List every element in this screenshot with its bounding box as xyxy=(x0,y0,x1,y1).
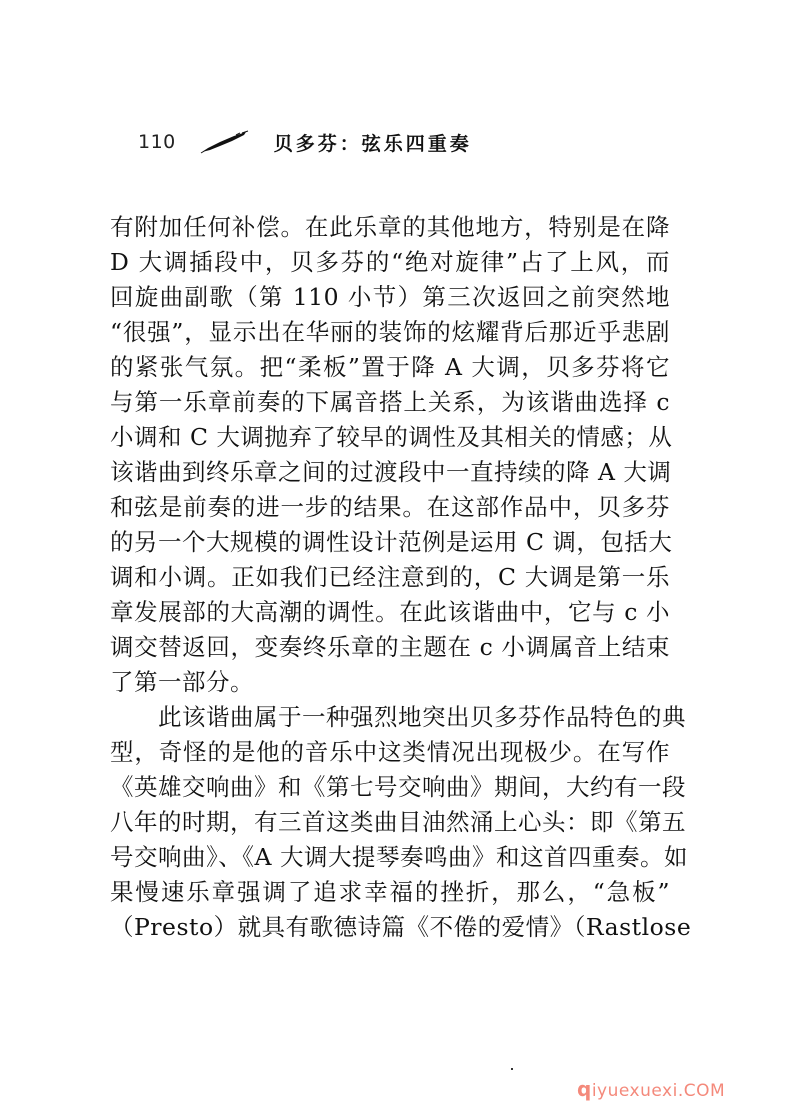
scan-speck xyxy=(511,1068,513,1070)
text-line: 小调和 C 大调抛弃了较早的调性及其相关的情感；从 xyxy=(110,420,670,455)
text-line: 号交响曲》、《A 大调大提琴奏鸣曲》和这首四重奏。如 xyxy=(110,840,670,875)
text-line: 的紧张气氛。把“柔板”置于降 A 大调，贝多芬将它 xyxy=(110,350,670,385)
text-line: （Presto）就具有歌德诗篇《不倦的爱情》（Rastlose xyxy=(110,910,670,945)
text-line: 果慢速乐章强调了追求幸福的挫折，那么，“急板” xyxy=(110,875,670,910)
text-line: 章发展部的大高潮的调性。在此该谐曲中，它与 c 小 xyxy=(110,595,670,630)
text-line: 调和小调。正如我们已经注意到的，C 大调是第一乐 xyxy=(110,560,670,595)
paragraph-start-line: 此该谐曲属于一种强烈地突出贝多芬作品特色的典 xyxy=(110,700,670,735)
text-line: “很强”，显示出在华丽的装饰的炫耀背后那近乎悲剧 xyxy=(110,315,670,350)
watermark-q: q xyxy=(577,1077,592,1101)
text-line: 调交替返回，变奏终乐章的主题在 c 小调属音上结束 xyxy=(110,630,670,665)
running-header: 110 贝多芬：弦乐四重奏 xyxy=(138,127,472,157)
text-line: 与第一乐章前奏的下属音搭上关系，为该谐曲选择 c xyxy=(110,385,670,420)
text-line: 有附加任何补偿。在此乐章的其他地方，特别是在降 xyxy=(110,210,670,245)
page-number: 110 xyxy=(138,131,176,153)
watermark-text: iyuexuexi.COM xyxy=(592,1081,725,1101)
text-line: 的另一个大规模的调性设计范例是运用 C 调，包括大 xyxy=(110,525,670,560)
text-line: 《英雄交响曲》和《第七号交响曲》期间，大约有一段 xyxy=(110,770,670,805)
watermark: qiyuexuexi.COM xyxy=(577,1077,725,1101)
text-line: D 大调插段中，贝多芬的“绝对旋律”占了上风，而 xyxy=(110,245,670,280)
text-line: 型，奇怪的是他的音乐中这类情况出现极少。在写作 xyxy=(110,735,670,770)
text-line: 该谐曲到终乐章之间的过渡段中一直持续的降 A 大调 xyxy=(110,455,670,490)
text-line: 回旋曲副歌（第 110 小节）第三次返回之前突然地 xyxy=(110,280,670,315)
quill-pen-icon xyxy=(200,130,252,154)
body-text: 有附加任何补偿。在此乐章的其他地方，特别是在降 D 大调插段中，贝多芬的“绝对旋… xyxy=(110,210,670,945)
text-line: 和弦是前奏的进一步的结果。在这部作品中，贝多芬 xyxy=(110,490,670,525)
running-title: 贝多芬：弦乐四重奏 xyxy=(274,129,472,156)
text-line: 八年的时期，有三首这类曲目油然涌上心头：即《第五 xyxy=(110,805,670,840)
paragraph-end-line: 了第一部分。 xyxy=(110,665,670,700)
